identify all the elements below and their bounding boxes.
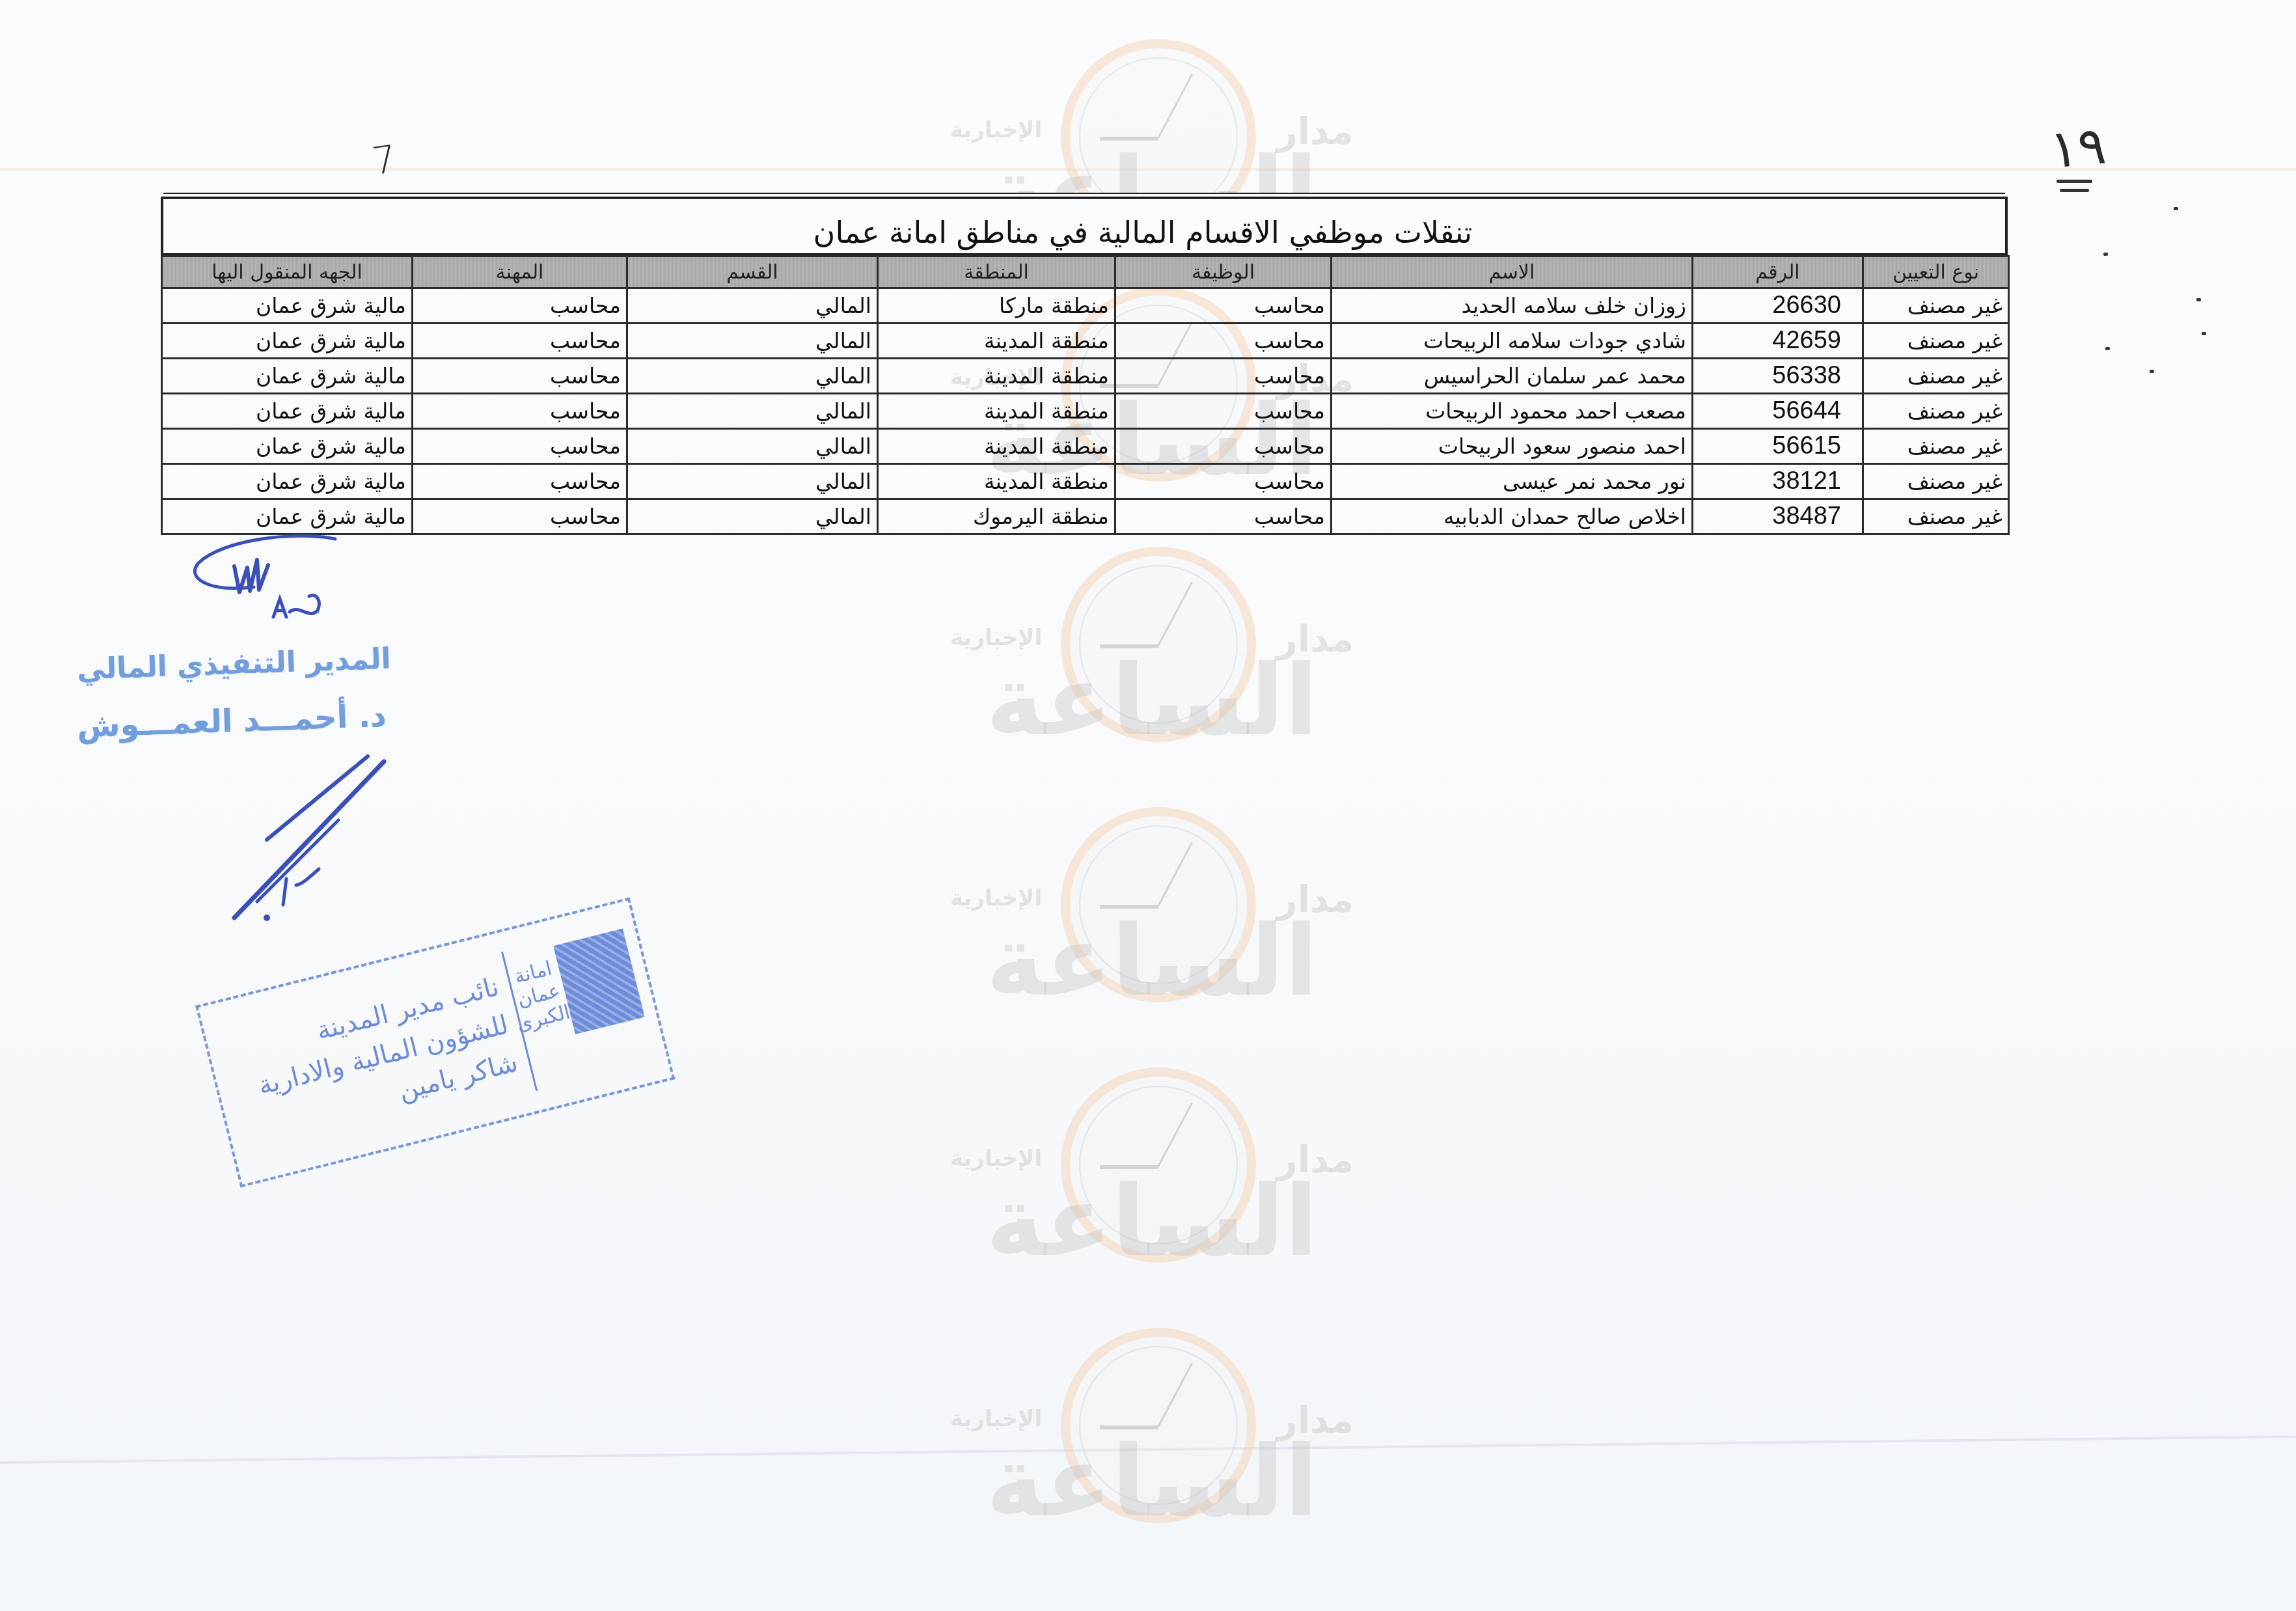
stamp-lines: نائب مدير المدينة للشؤون المالية والادار… xyxy=(245,967,522,1143)
cell-profession: محاسب xyxy=(413,324,627,359)
cell-job: محاسب xyxy=(1115,359,1332,394)
clock-icon xyxy=(1061,1328,1256,1523)
clock-icon xyxy=(1061,807,1256,1002)
clock-icon xyxy=(1061,1067,1256,1263)
table-row: غير مصنف 38487 اخلاص صالح حمدان الدبابيه… xyxy=(162,499,2009,534)
table-header-row: نوع التعيين الرقم الاسم الوظيفة المنطقة … xyxy=(162,256,2009,288)
header-appointment-type: نوع التعيين xyxy=(1863,256,2009,288)
transfers-table: نوع التعيين الرقم الاسم الوظيفة المنطقة … xyxy=(161,255,2010,535)
cell-appointment-type: غير مصنف xyxy=(1863,324,2009,359)
cell-profession: محاسب xyxy=(413,429,627,464)
cell-name: اخلاص صالح حمدان الدبابيه xyxy=(1332,499,1693,534)
cell-name: زوزان خلف سلامه الحديد xyxy=(1332,288,1693,324)
scan-fold-line xyxy=(0,168,2296,171)
header-job: الوظيفة xyxy=(1115,256,1332,288)
watermark-logo: مدار الإخبارية الساعة xyxy=(950,547,1354,781)
scanned-page: مدار الإخبارية الساعة مدار الإخبارية الس… xyxy=(0,0,2296,1611)
scan-fold-line xyxy=(0,1435,2296,1464)
cell-appointment-type: غير مصنف xyxy=(1863,288,2009,324)
cell-profession: محاسب xyxy=(413,359,627,394)
cell-appointment-type: غير مصنف xyxy=(1863,429,2009,464)
cell-department: المالي xyxy=(627,394,878,429)
cell-department: المالي xyxy=(627,499,878,534)
watermark-logo: مدار الإخبارية الساعة xyxy=(950,807,1354,1041)
cell-number: 38121 xyxy=(1693,464,1863,499)
cell-department: المالي xyxy=(627,324,878,359)
watermark-logo: مدار الإخبارية الساعة xyxy=(950,1067,1354,1302)
cell-number: 26630 xyxy=(1693,288,1863,324)
handwritten-page-number: ١٩ xyxy=(2047,115,2109,180)
cell-department: المالي xyxy=(627,464,878,499)
scan-speck xyxy=(2196,298,2201,301)
cell-destination: مالية شرق عمان xyxy=(162,324,413,359)
double-underline xyxy=(2060,189,2089,192)
cell-destination: مالية شرق عمان xyxy=(162,359,413,394)
table-row: غير مصنف 26630 زوزان خلف سلامه الحديد مح… xyxy=(162,288,2009,324)
cell-destination: مالية شرق عمان xyxy=(162,288,413,324)
signature-2 xyxy=(221,749,390,931)
watermark-logo: مدار الإخبارية الساعة xyxy=(950,1328,1354,1562)
table-row: غير مصنف 38121 نور محمد نمر عيسى محاسب م… xyxy=(162,464,2009,499)
double-underline xyxy=(2057,180,2092,183)
cell-region: منطقة المدينة xyxy=(878,394,1115,429)
cell-region: منطقة المدينة xyxy=(878,429,1115,464)
cell-region: منطقة المدينة xyxy=(878,464,1115,499)
cell-profession: محاسب xyxy=(413,464,627,499)
header-destination: الجهه المنقول اليها xyxy=(162,256,413,288)
scan-speck xyxy=(2202,332,2206,335)
table-title-box: تنقلات موظفي الاقسام المالية في مناطق ام… xyxy=(161,197,2008,255)
cell-name: احمد منصور سعود الربيحات xyxy=(1332,429,1693,464)
signatory-name-stamp: د. أحمـــد العمـــوش xyxy=(76,698,387,745)
cell-appointment-type: غير مصنف xyxy=(1863,464,2009,499)
table-row: غير مصنف 56644 مصعب احمد محمود الربيحات … xyxy=(162,394,2009,429)
header-department: القسم xyxy=(627,256,878,288)
cell-profession: محاسب xyxy=(413,499,627,534)
cell-name: شادي جودات سلامه الربيحات xyxy=(1332,324,1693,359)
header-number: الرقم xyxy=(1693,256,1863,288)
cell-region: منطقة المدينة xyxy=(878,359,1115,394)
cell-job: محاسب xyxy=(1115,288,1332,324)
cell-region: منطقة اليرموك xyxy=(878,499,1115,534)
header-name: الاسم xyxy=(1332,256,1693,288)
cell-destination: مالية شرق عمان xyxy=(162,394,413,429)
cell-number: 56644 xyxy=(1693,394,1863,429)
transfers-table-container: تنقلات موظفي الاقسام المالية في مناطق ام… xyxy=(161,197,2008,535)
cell-number: 56338 xyxy=(1693,359,1863,394)
handwritten-page-mark: 7 xyxy=(369,137,399,184)
cell-job: محاسب xyxy=(1115,394,1332,429)
scan-speck xyxy=(2103,253,2108,256)
cell-appointment-type: غير مصنف xyxy=(1863,499,2009,534)
cell-department: المالي xyxy=(627,288,878,324)
cell-job: محاسب xyxy=(1115,324,1332,359)
signature-1 xyxy=(182,527,351,638)
cell-job: محاسب xyxy=(1115,464,1332,499)
scan-speck xyxy=(2150,370,2154,373)
cell-number: 38487 xyxy=(1693,499,1863,534)
cell-name: نور محمد نمر عيسى xyxy=(1332,464,1693,499)
cell-profession: محاسب xyxy=(413,288,627,324)
cell-appointment-type: غير مصنف xyxy=(1863,394,2009,429)
official-stamp: امانة عمان الكبرى نائب مدير المدينة للشؤ… xyxy=(195,898,675,1188)
cell-appointment-type: غير مصنف xyxy=(1863,359,2009,394)
clock-icon xyxy=(1061,547,1256,742)
table-row: غير مصنف 56615 احمد منصور سعود الربيحات … xyxy=(162,429,2009,464)
cell-number: 42659 xyxy=(1693,324,1863,359)
scan-speck xyxy=(2174,207,2178,210)
cell-number: 56615 xyxy=(1693,429,1863,464)
cell-job: محاسب xyxy=(1115,499,1332,534)
cell-name: محمد عمر سلمان الحراسيس xyxy=(1332,359,1693,394)
cell-profession: محاسب xyxy=(413,394,627,429)
table-row: غير مصنف 42659 شادي جودات سلامه الربيحات… xyxy=(162,324,2009,359)
signatory-title-stamp: المدير التنفيذي المالي xyxy=(76,642,391,687)
cell-destination: مالية شرق عمان xyxy=(162,429,413,464)
cell-region: منطقة ماركا xyxy=(878,288,1115,324)
cell-name: مصعب احمد محمود الربيحات xyxy=(1332,394,1693,429)
page-title: تنقلات موظفي الاقسام المالية في مناطق ام… xyxy=(813,215,1473,250)
cell-region: منطقة المدينة xyxy=(878,324,1115,359)
cell-destination: مالية شرق عمان xyxy=(162,464,413,499)
cell-department: المالي xyxy=(627,359,878,394)
cell-job: محاسب xyxy=(1115,429,1332,464)
table-row: غير مصنف 56338 محمد عمر سلمان الحراسيس م… xyxy=(162,359,2009,394)
cell-department: المالي xyxy=(627,429,878,464)
header-profession: المهنة xyxy=(413,256,627,288)
header-region: المنطقة xyxy=(878,256,1115,288)
scan-speck xyxy=(2105,347,2110,350)
